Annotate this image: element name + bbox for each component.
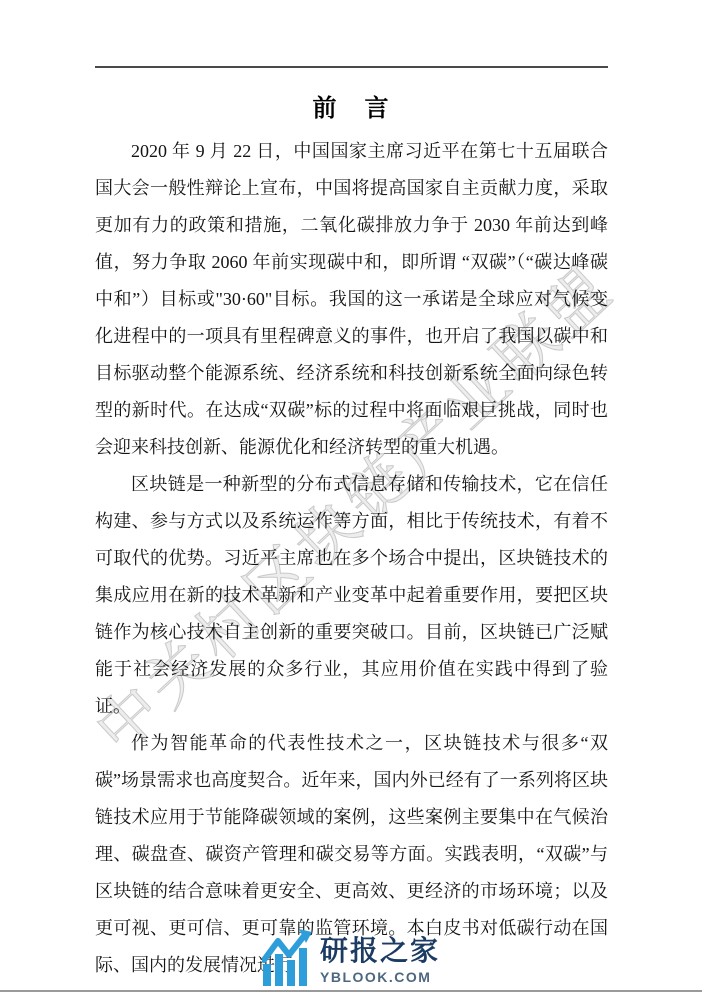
logo-name: 研报之家 [320,937,440,965]
site-logo: 研报之家 YBLOOK.COM [262,928,440,986]
page-content: 前 言 2020 年 9 月 22 日，中国国家主席习近平在第七十五届联合国大会… [95,0,608,984]
logo-text: 研报之家 YBLOOK.COM [320,937,440,986]
body-text: 2020 年 9 月 22 日，中国国家主席习近平在第七十五届联合国大会一般性辩… [95,133,608,984]
document-page: 中关村区块链产业联盟 前 言 2020 年 9 月 22 日，中国国家主席习近平… [0,0,702,992]
header-rule [95,66,608,68]
page-title: 前 言 [95,88,608,123]
logo-domain: YBLOOK.COM [320,970,440,984]
paragraph-1: 2020 年 9 月 22 日，中国国家主席习近平在第七十五届联合国大会一般性辩… [95,133,608,466]
paragraph-2: 区块链是一种新型的分布式信息存储和传输技术，它在信任构建、参与方式以及系统运作等… [95,466,608,725]
growth-chart-arrow-icon [262,928,312,986]
